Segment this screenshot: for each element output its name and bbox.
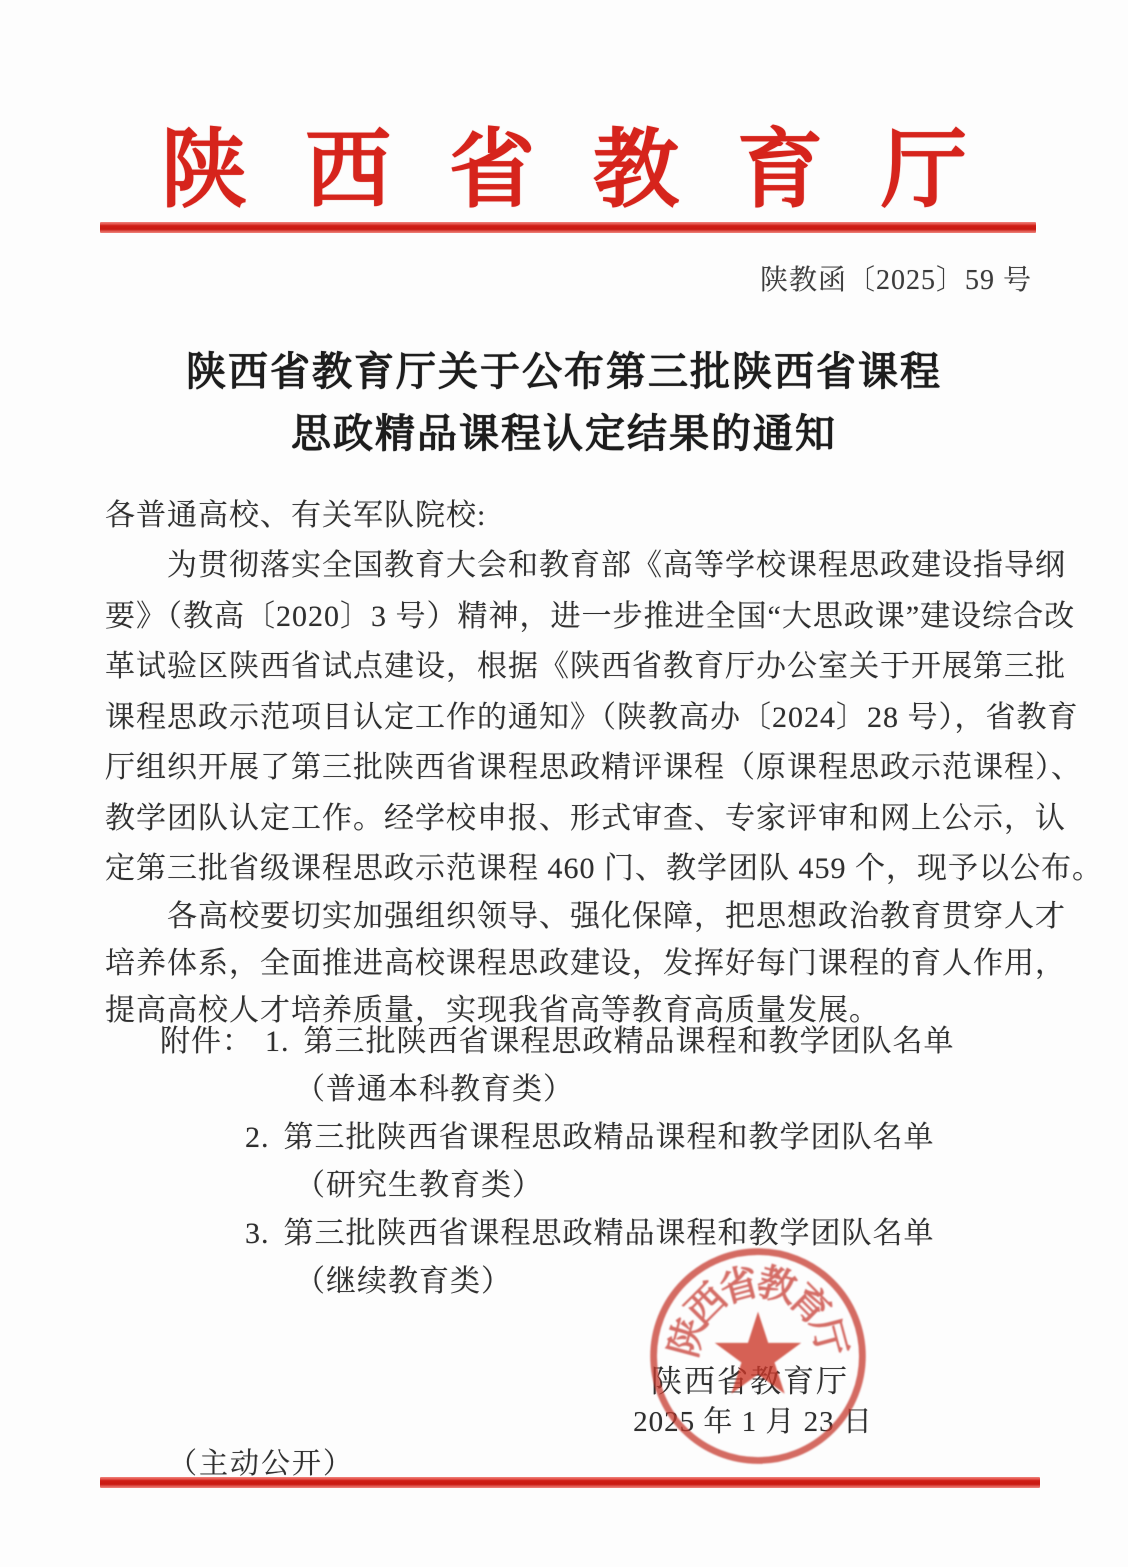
body-line: 各高校要切实加强组织领导、强化保障，把思想政治教育贯穿人才 (105, 893, 1045, 940)
attachment-label: 附件： (160, 1025, 253, 1058)
body-line: 教学团队认定工作。经学校申报、形式审查、专家评审和网上公示，认 (105, 794, 1045, 845)
body-line: 培养体系，全面推进高校课程思政建设，发挥好每门课程的育人作用， (105, 940, 1045, 987)
body-line: 为贯彻落实全国教育大会和教育部《高等学校课程思政建设指导纲 (105, 541, 1045, 592)
attachment-title: 第三批陕西省课程思政精品课程和教学团队名单 (284, 1217, 935, 1250)
issuing-agency-signature: 陕西省教育厅 (630, 1356, 870, 1401)
attachment-category-3: （继续教育类） (105, 1258, 1045, 1306)
document-number: 陕教函〔2025〕59 号 (760, 258, 1032, 298)
attachment-category-2: （研究生教育类） (105, 1162, 1045, 1210)
attachment-item-3: 3.第三批陕西省课程思政精品课程和教学团队名单 (105, 1210, 1045, 1258)
salutation: 各普通高校、有关军队院校: (105, 490, 486, 534)
disclosure-note: （主动公开） (168, 1441, 354, 1482)
document-title-line1: 陕西省教育厅关于公布第三批陕西省课程 (0, 340, 1128, 397)
document-title-line2: 思政精品课程认定结果的通知 (0, 402, 1128, 459)
header-divider-line (100, 222, 1036, 233)
attachment-list: 附件：1.第三批陕西省课程思政精品课程和教学团队名单 （普通本科教育类） 2.第… (105, 1018, 1045, 1306)
svg-text:陕: 陕 (662, 1313, 714, 1362)
paragraph-1: 为贯彻落实全国教育大会和教育部《高等学校课程思政建设指导纲 要》（教高〔2020… (105, 541, 1045, 895)
svg-text:厅: 厅 (802, 1313, 854, 1361)
body-line: 定第三批省级课程思政示范课程 460 门、教学团队 459 个，现予以公布。 (105, 844, 1045, 895)
attachment-title: 第三批陕西省课程思政精品课程和教学团队名单 (304, 1025, 955, 1058)
attachment-item-2: 2.第三批陕西省课程思政精品课程和教学团队名单 (105, 1114, 1045, 1162)
issue-date: 2025 年 1 月 23 日 (618, 1399, 888, 1440)
body-line: 厅组织开展了第三批陕西省课程思政精评课程（原课程思政示范课程）、 (105, 743, 1045, 794)
attachment-number: 3. (245, 1210, 270, 1258)
body-line: 课程思政示范项目认定工作的通知》（陕教高办〔2024〕28 号），省教育 (105, 693, 1045, 744)
attachment-title: 第三批陕西省课程思政精品课程和教学团队名单 (284, 1121, 935, 1154)
attachment-number: 1. (265, 1018, 290, 1066)
agency-header-title: 陕西省教育厅 (0, 100, 1128, 224)
body-line: 革试验区陕西省试点建设，根据《陕西省教育厅办公室关于开展第三批 (105, 642, 1045, 693)
body-line: 要》（教高〔2020〕3 号）精神，进一步推进全国“大思政课”建设综合改 (105, 592, 1045, 643)
attachment-category-1: （普通本科教育类） (105, 1066, 1045, 1114)
footer-divider-line (100, 1477, 1040, 1488)
official-notice-document: 陕西省教育厅 陕教函〔2025〕59 号 陕西省教育厅关于公布第三批陕西省课程 … (0, 0, 1128, 1567)
attachment-item-1: 附件：1.第三批陕西省课程思政精品课程和教学团队名单 (105, 1018, 1045, 1066)
paragraph-2: 各高校要切实加强组织领导、强化保障，把思想政治教育贯穿人才 培养体系，全面推进高… (105, 893, 1045, 1034)
attachment-number: 2. (245, 1114, 270, 1162)
